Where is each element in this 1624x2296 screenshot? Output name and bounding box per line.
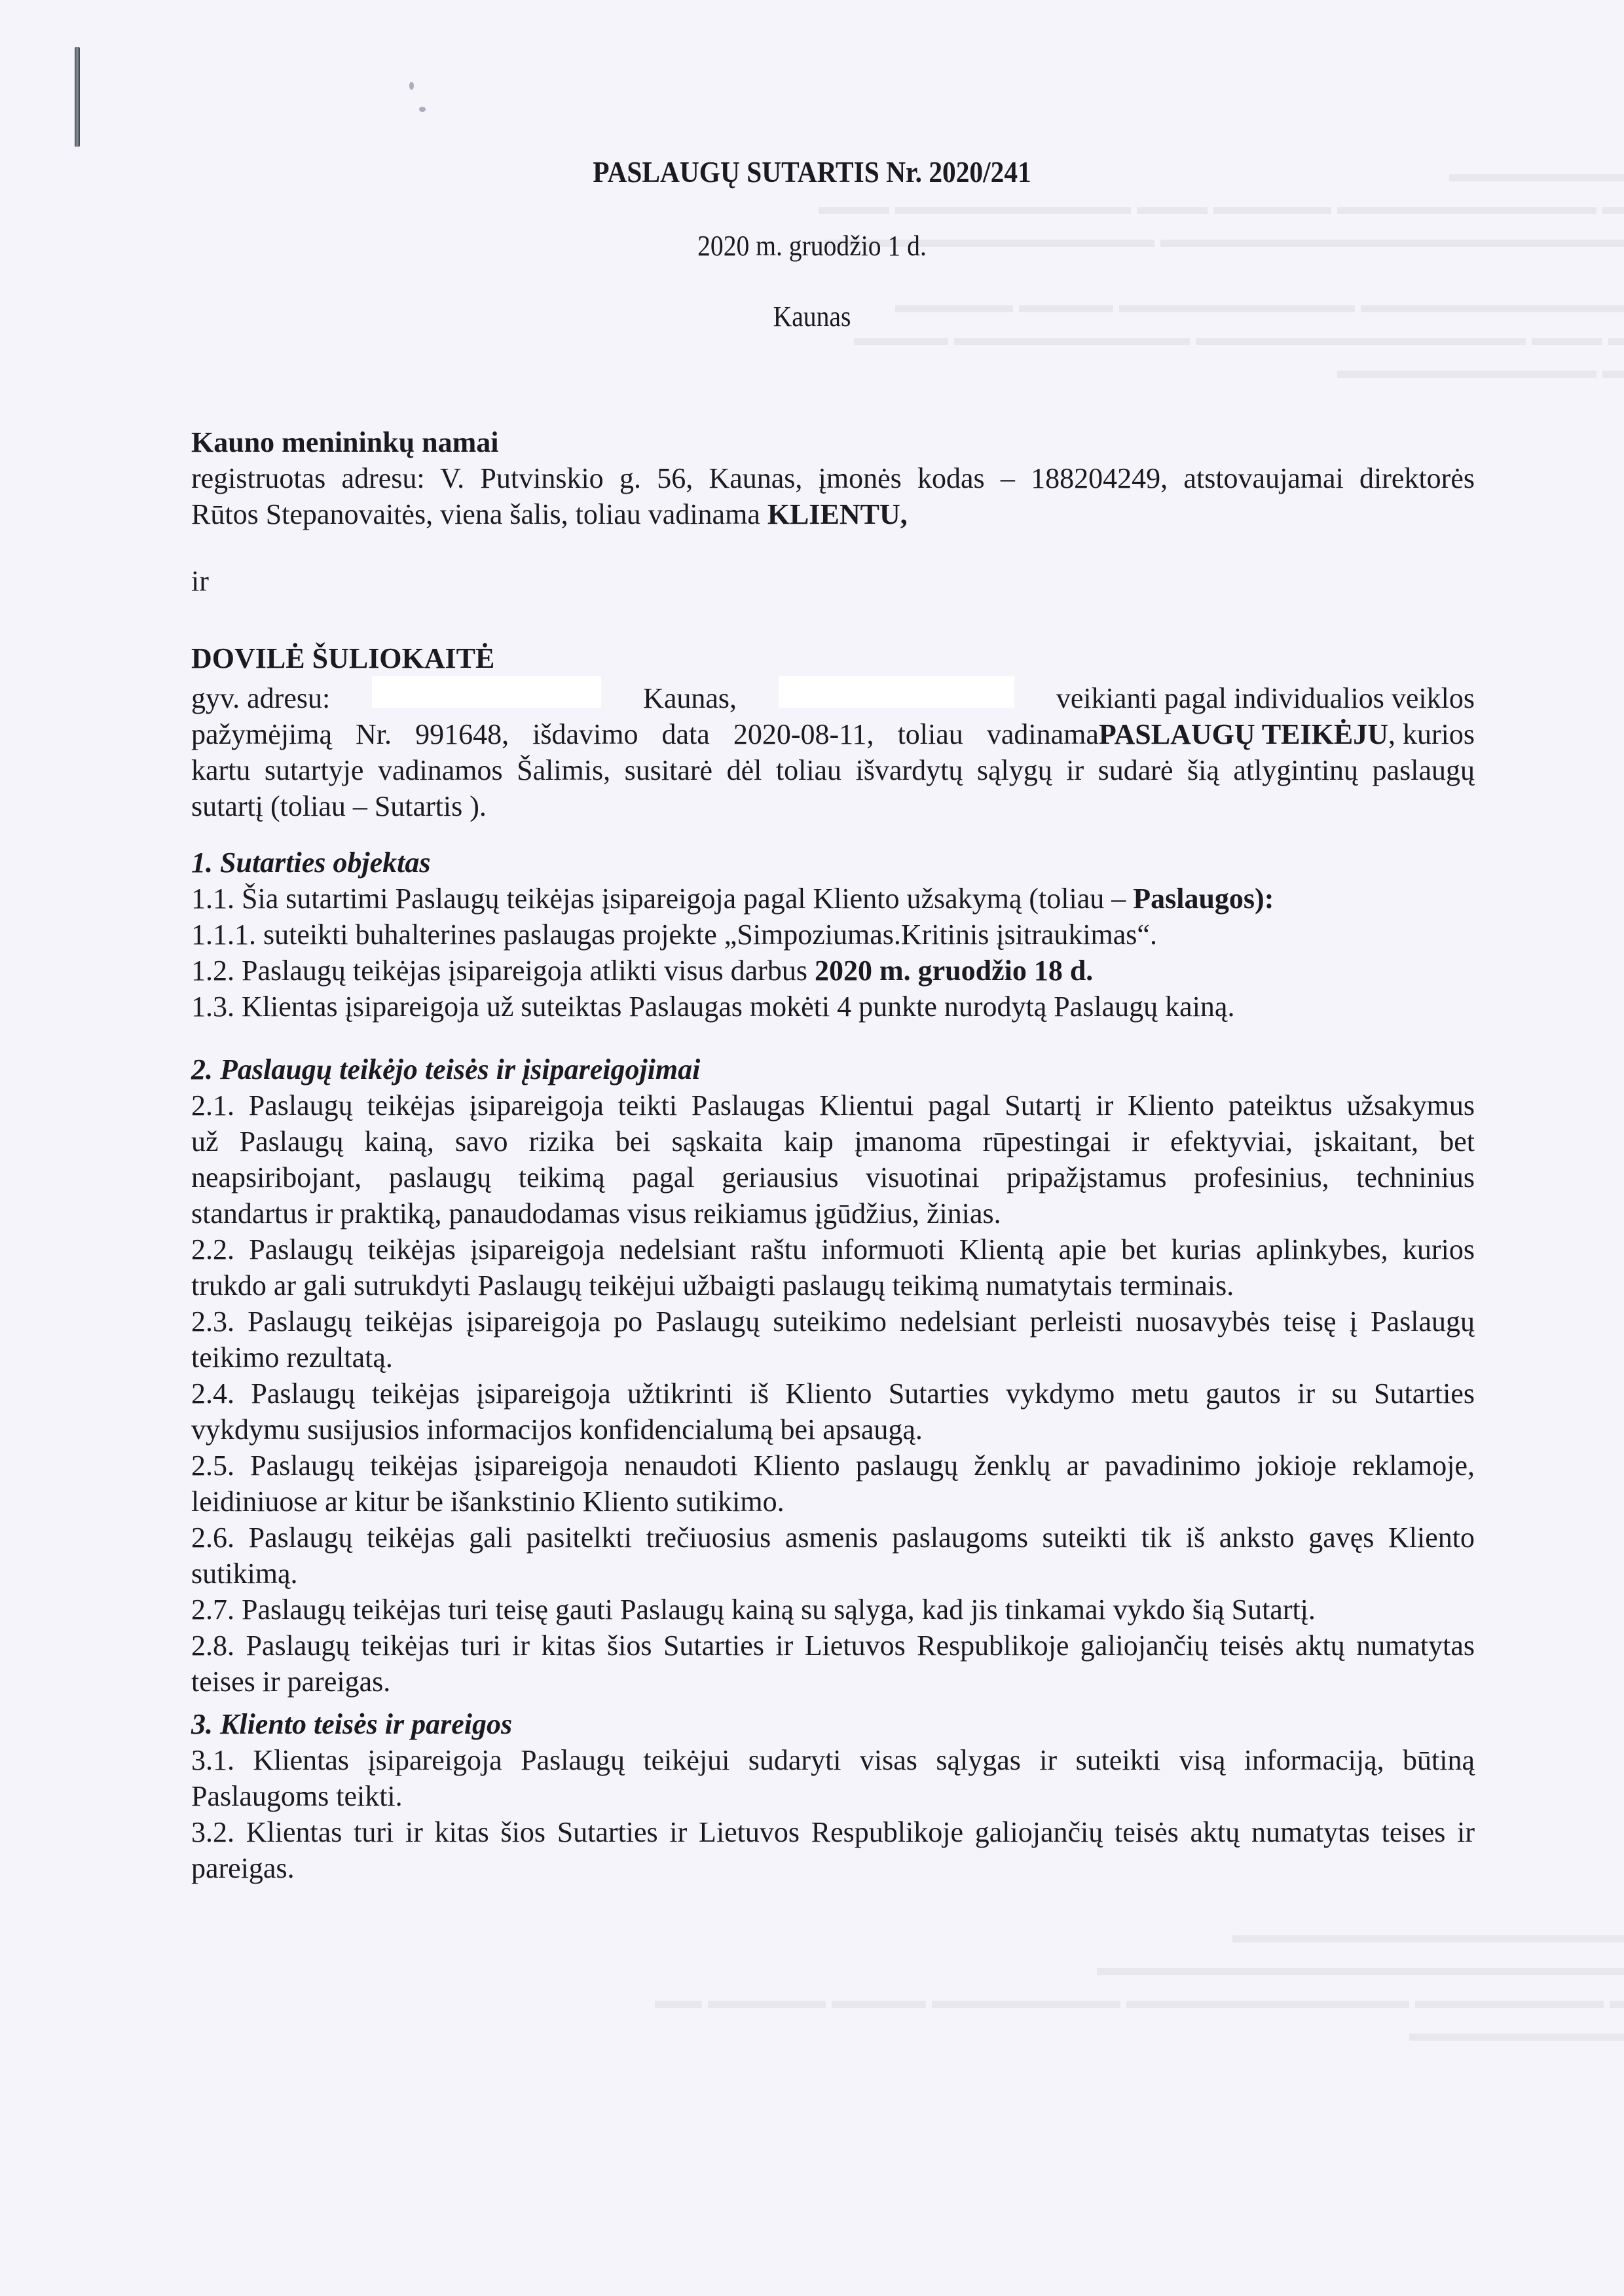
clause-line: sutikimą. [191,1556,1475,1592]
deadline-date: 2020 m. gruodžio 18 d. [815,955,1093,987]
client-name: Kauno menininkų namai [191,424,1475,460]
parties-agreement-line: kartu sutartyje vadinamos Šalimis, susit… [191,752,1475,788]
clause-line: 2.8. Paslaugų teikėjas turi ir kitas šio… [191,1628,1475,1664]
clause-1-1: 1.1. Šia sutartimi Paslaugų teikėjas įsi… [191,881,1475,917]
clause-line: 3.2. Klientas turi ir kitas šios Sutarti… [191,1814,1475,1850]
section-2: 2. Paslaugų teikėjo teisės ir įsipareigo… [191,1051,1475,1700]
clause-line: pareigas. [191,1850,1475,1886]
clause-line: trukdo ar gali sutrukdyti Paslaugų teikė… [191,1267,1475,1303]
client-details-line: registruotas adresu: V. Putvinskio g. 56… [191,460,1475,496]
address-city: Kaunas, [643,680,737,716]
client-role-label: KLIENTU, [767,498,908,530]
provider-block: DOVILĖ ŠULIOKAITĖ gyv. adresu: Kaunas, v… [191,640,1475,824]
document-city: Kaunas [81,300,1543,333]
redacted-street [372,676,601,708]
contract-alias-line: sutartį (toliau – Sutartis ). [191,788,1475,824]
clause-text: 1.1. Šia sutartimi Paslaugų teikėjas įsi… [191,883,1133,915]
clause-1-1-1: 1.1.1. suteikti buhalterines paslaugas p… [191,917,1475,953]
provider-certificate-line: pažymėjimą Nr. 991648, išdavimo data 202… [191,716,1475,752]
section-1: 1. Sutarties objektas 1.1. Šia sutartimi… [191,845,1475,1025]
document-title: PASLAUGŲ SUTARTIS Nr. 2020/241 [81,155,1543,189]
provider-address-line: gyv. adresu: Kaunas, veikianti pagal ind… [191,676,1475,716]
provider-role-label: PASLAUGŲ TEIKĖJU [1099,716,1388,752]
client-block: Kauno menininkų namai registruotas adres… [191,424,1475,532]
bleed-through-text: ▬▬▬▬▬ ▬▬▬▬ ▬ ▬▬▬▬▬▬▬▬▬▬▬▬▬ ▬▬▬▬▬▬▬▬▬▬▬▬▬… [819,157,1624,386]
clause-line: neapsiribojant, paslaugų teikimą pagal g… [191,1159,1475,1195]
clause-line: 2.1. Paslaugų teikėjas įsipareigoja teik… [191,1087,1475,1123]
clause-line: Paslaugoms teikti. [191,1778,1475,1814]
clause-line: 3.1. Klientas įsipareigoja Paslaugų teik… [191,1742,1475,1778]
clause-line: leidiniuose ar kitur be išankstinio Klie… [191,1484,1475,1520]
parties-connector: ir [191,563,1475,599]
clause-line: 2.5. Paslaugų teikėjas įsipareigoja nena… [191,1448,1475,1484]
scan-speck [409,82,414,90]
client-rep-text: Rūtos Stepanovaitės, viena šalis, toliau… [191,498,767,530]
staple-mark [75,47,80,147]
clause-line: už Paslaugų kainą, savo rizika bei sąska… [191,1123,1475,1159]
clause-1-2: 1.2. Paslaugų teikėjas įsipareigoja atli… [191,953,1475,989]
section-3: 3. Kliento teisės ir pareigos 3.1. Klien… [191,1706,1475,1886]
clause-1-3: 1.3. Klientas įsipareigoja už suteiktas … [191,989,1475,1025]
clause-line: vykdymu susijusios informacijos konfiden… [191,1412,1475,1448]
section-heading: 2. Paslaugų teikėjo teisės ir įsipareigo… [191,1051,1475,1087]
clause-line: 2.7. Paslaugų teikėjas turi teisę gauti … [191,1592,1475,1628]
clause-line: 2.3. Paslaugų teikėjas įsipareigoja po P… [191,1303,1475,1339]
clause-line: 2.6. Paslaugų teikėjas gali pasitelkti t… [191,1520,1475,1556]
section-heading: 1. Sutarties objektas [191,845,1475,881]
address-tail: veikianti pagal individualios veiklos [1056,680,1475,716]
clause-text: 1.2. Paslaugų teikėjas įsipareigoja atli… [191,955,815,987]
scan-speck [419,107,426,112]
section-heading: 3. Kliento teisės ir pareigos [191,1706,1475,1742]
client-representative-line: Rūtos Stepanovaitės, viena šalis, toliau… [191,496,1475,532]
certificate-text: pažymėjimą Nr. 991648, išdavimo data 202… [191,716,1099,752]
redacted-personal-code [779,676,1014,708]
clause-bold-term: Paslaugos): [1133,883,1274,915]
provider-name: DOVILĖ ŠULIOKAITĖ [191,640,1475,676]
clause-line: teikimo rezultatą. [191,1339,1475,1376]
clause-line: 2.4. Paslaugų teikėjas įsipareigoja užti… [191,1376,1475,1412]
clause-line: standartus ir praktiką, panaudodamas vis… [191,1195,1475,1231]
clause-line: teises ir pareigas. [191,1664,1475,1700]
document-date: 2020 m. gruodžio 1 d. [81,229,1543,263]
document-page: ▬▬▬▬▬ ▬▬▬▬ ▬ ▬▬▬▬▬▬▬▬▬▬▬▬▬ ▬▬▬▬▬▬▬▬▬▬▬▬▬… [0,0,1624,2296]
clause-line: 2.2. Paslaugų teikėjas įsipareigoja nede… [191,1231,1475,1267]
certificate-tail: , kurios [1388,716,1475,752]
bleed-through-text: ▬▬▬▬▬▬▬▬▬▬▬▬▬▬▬▬▬▬▬▬▬▬▬ ▬▬▬▬▬▬▬▬▬▬▬▬▬▬▬▬… [655,1918,1624,2049]
address-label: gyv. adresu: [191,680,330,716]
